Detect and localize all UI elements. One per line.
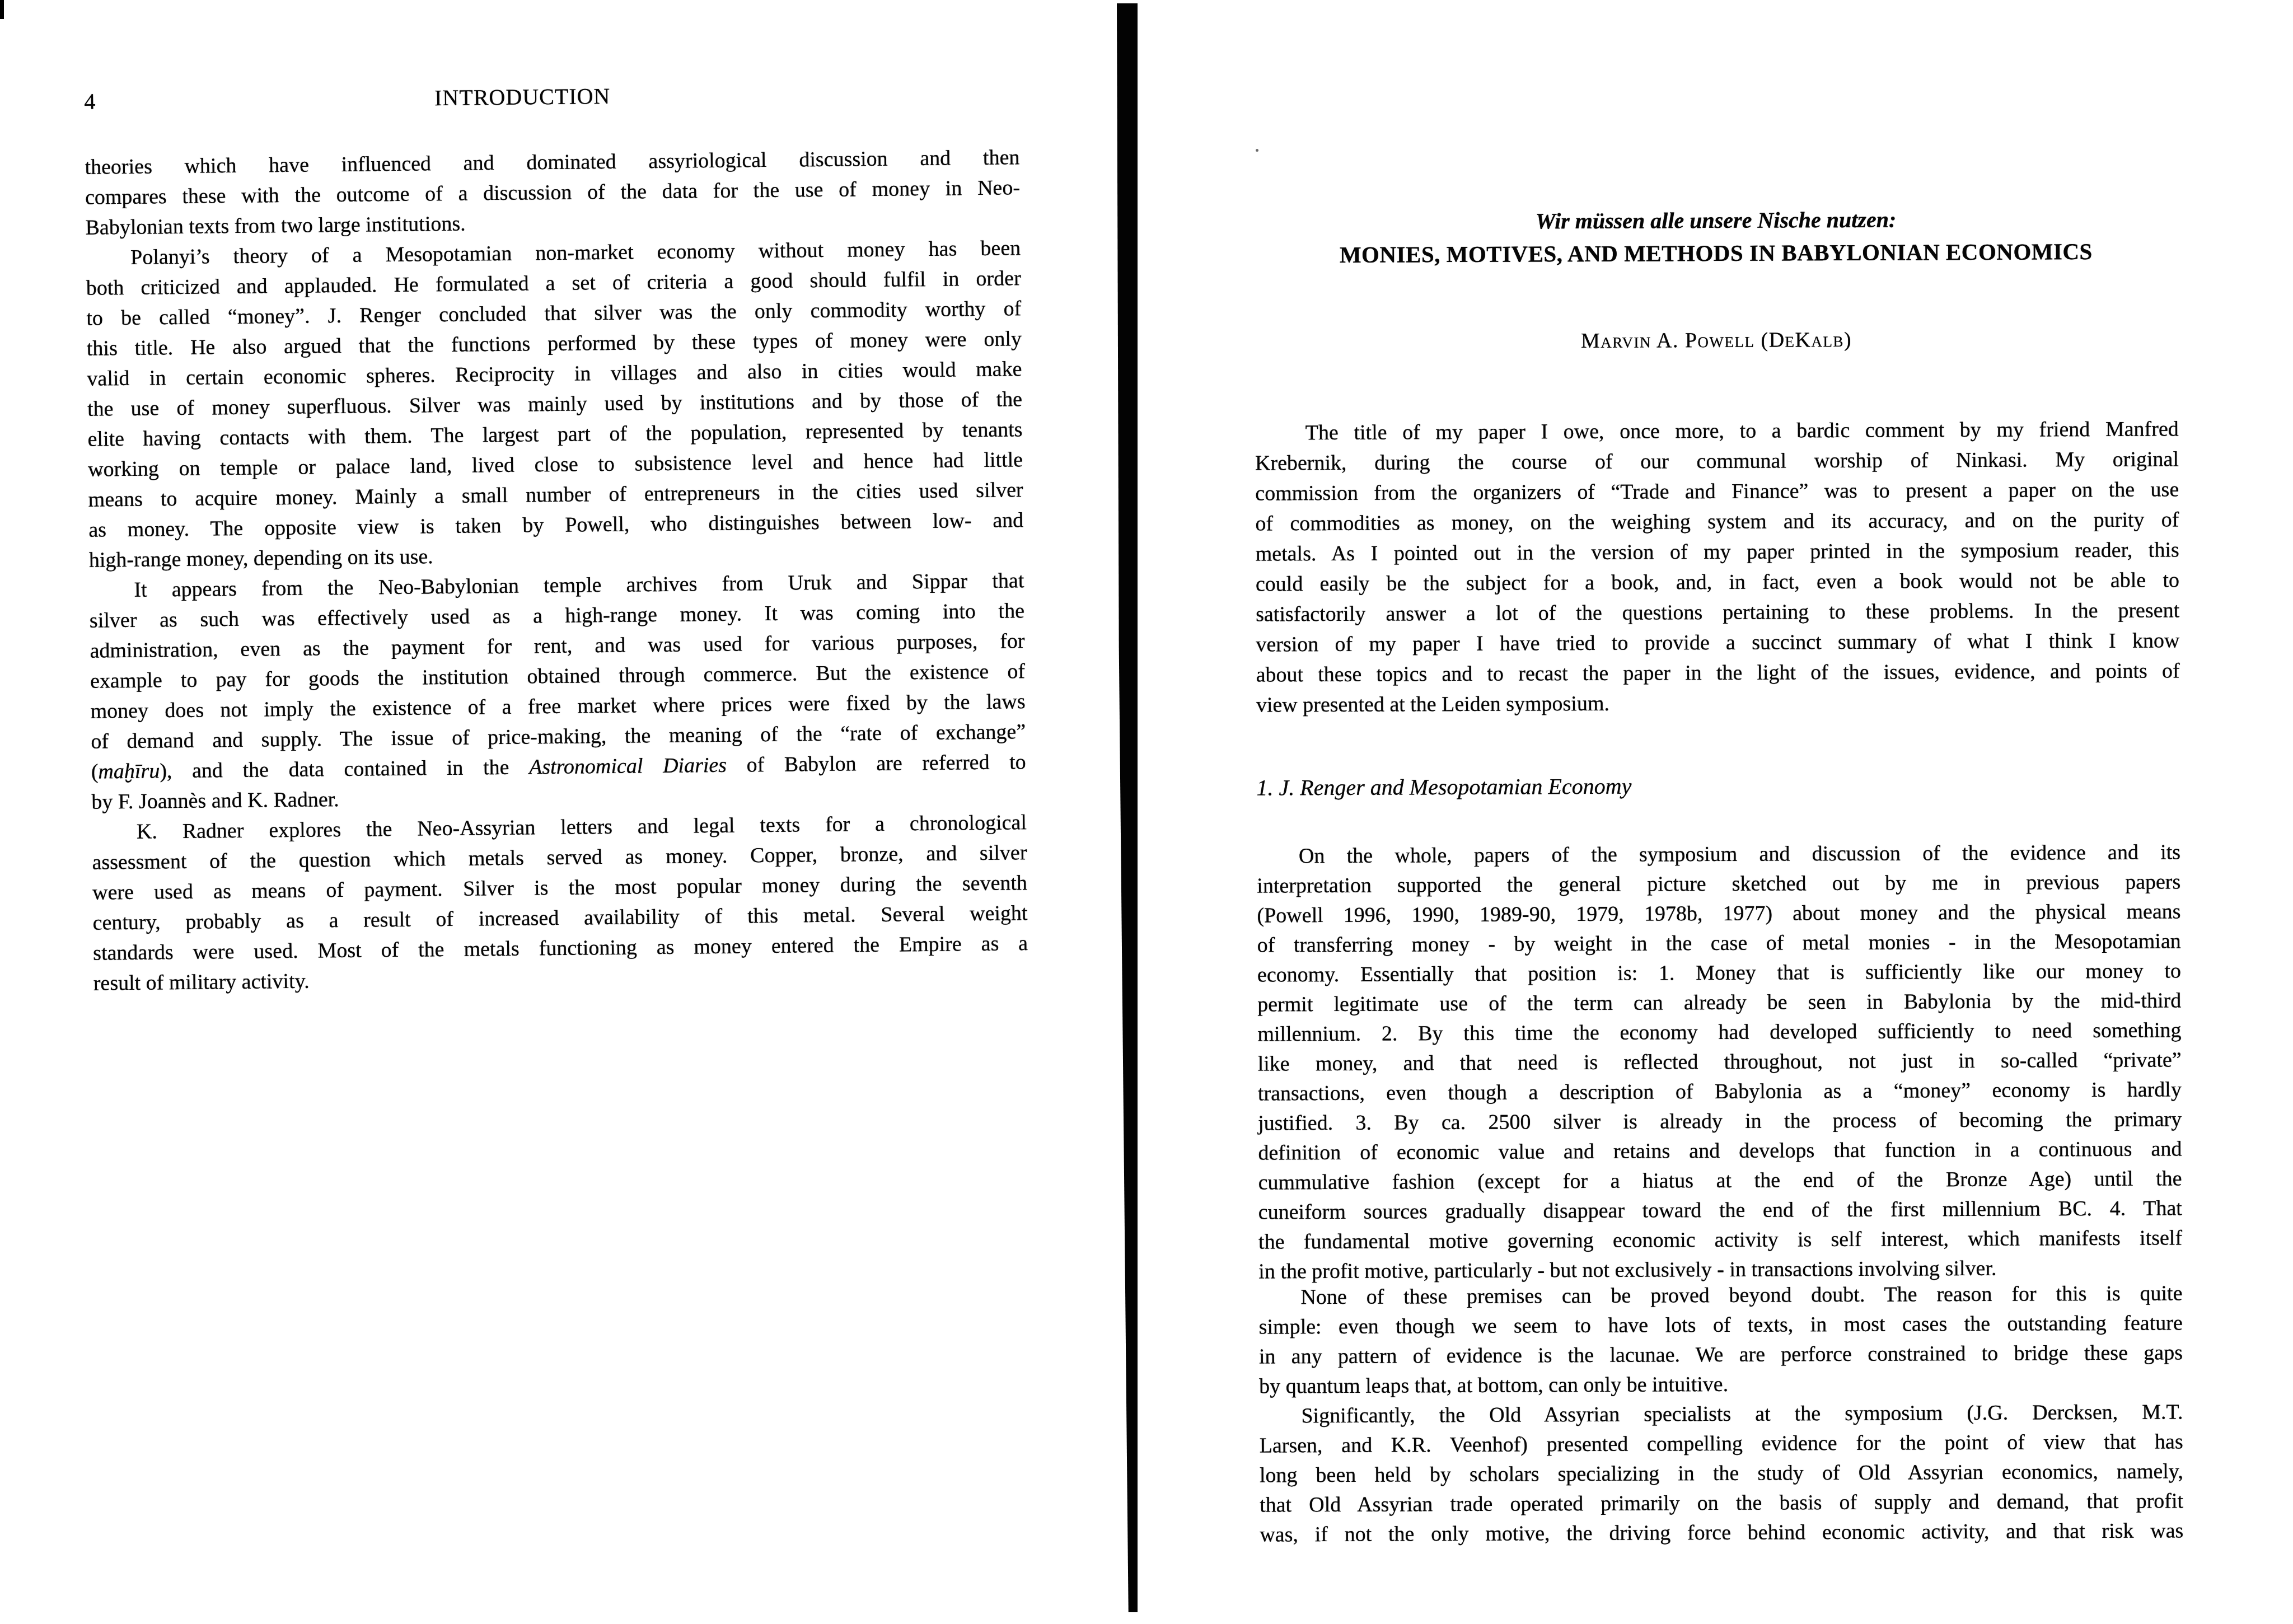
paragraph: The title of my paper I owe, once more, … <box>1255 414 2180 720</box>
text-line: Krebernik, during the course of our comm… <box>1255 444 2179 478</box>
text-line: of commodities as money, on the weighing… <box>1255 504 2179 539</box>
left-page-header: 4 INTRODUCTION <box>84 79 1019 152</box>
article-title: MONIES, MOTIVES, AND METHODS IN BABYLONI… <box>1254 237 2178 268</box>
paragraph: On the whole, papers of the symposium an… <box>1257 837 2182 1286</box>
text-line: view presented at the Leiden symposium. <box>1256 686 2180 720</box>
text-line: in any pattern of evidence is the lacuna… <box>1259 1338 2183 1372</box>
scan-corner-artifact <box>0 0 4 19</box>
book-spine-shadow <box>1117 3 1138 1612</box>
text-line: (Powell 1996, 1990, 1989-90, 1979, 1978b… <box>1257 897 2180 930</box>
text-line: None of these premises can be proved bey… <box>1258 1279 2182 1312</box>
paragraph: K. Radner explores the Neo-Assyrian lett… <box>92 807 1028 998</box>
text-line: by quantum leaps that, at bottom, can on… <box>1259 1368 2183 1401</box>
scan-noise-dot <box>1256 149 1258 152</box>
text-line: the fundamental motive governing economi… <box>1258 1223 2182 1257</box>
running-header: INTRODUCTION <box>55 79 990 115</box>
text-line: The title of my paper I owe, once more, … <box>1255 414 2179 448</box>
text-line: simple: even though we seem to have lots… <box>1259 1308 2183 1342</box>
left-page: 4 INTRODUCTION theories which have influ… <box>84 79 1029 1040</box>
scanned-book-spread: 4 INTRODUCTION theories which have influ… <box>0 0 2293 1624</box>
author-byline: Marvin A. Powell (DeKalb) <box>1255 326 2178 354</box>
text-line: metals. As I pointed out in the version … <box>1256 535 2179 569</box>
text-line: satisfactorily answer a lot of the quest… <box>1256 595 2179 629</box>
text-line: definition of economic value and retains… <box>1258 1134 2182 1168</box>
text-line: permit legitimate use of the term can al… <box>1257 986 2181 1019</box>
text-line: that Old Assyrian trade operated primari… <box>1260 1486 2183 1520</box>
text-line: version of my paper I have tried to prov… <box>1256 625 2179 659</box>
article-epigraph-title: Wir müssen alle unsere Nische nutzen: <box>1254 206 2178 235</box>
text-line: transactions, even though a description … <box>1258 1075 2182 1108</box>
text-line: cummulative fashion (except for a hiatus… <box>1258 1164 2182 1197</box>
paragraph: It appears from the Neo-Babylonian templ… <box>89 565 1026 817</box>
paragraph: None of these premises can be proved bey… <box>1258 1279 2183 1401</box>
text-line: cuneiform sources gradually disappear to… <box>1258 1194 2182 1227</box>
text-line: about these topics and to recast the pap… <box>1256 656 2180 690</box>
text-line: could easily be the subject for a book, … <box>1256 565 2179 599</box>
paragraph: Polanyi’s theory of a Mesopotamian non-m… <box>86 233 1024 575</box>
text-line: of transferring money - by weight in the… <box>1257 926 2181 960</box>
text-line: interpretation supported the general pic… <box>1257 867 2180 901</box>
text-line: commission from the organizers of “Trade… <box>1255 474 2179 508</box>
text-line: was, if not the only motive, the driving… <box>1260 1516 2183 1550</box>
text-line: justified. 3. By ca. 2500 silver is alre… <box>1258 1104 2182 1138</box>
text-line: Larsen, and K.R. Veenhof) presented comp… <box>1260 1427 2183 1461</box>
right-page: Wir müssen alle unsere Nische nutzen: MO… <box>1254 206 2184 1581</box>
paragraph-continuation: theories which have influenced and domin… <box>85 142 1021 242</box>
section-heading: 1. J. Renger and Mesopotamian Economy <box>1256 774 1631 801</box>
text-line: On the whole, papers of the symposium an… <box>1257 837 2180 871</box>
paragraph-continues-next-page: Significantly, the Old Assyrian speciali… <box>1259 1397 2183 1550</box>
text-line: long been held by scholars specializing … <box>1260 1457 2183 1490</box>
text-line: millennium. 2. By this time the economy … <box>1257 1015 2181 1049</box>
text-line: like money, and that need is reflected t… <box>1258 1045 2182 1079</box>
text-line: Significantly, the Old Assyrian speciali… <box>1259 1397 2183 1431</box>
text-line: economy. Essentially that position is: 1… <box>1257 956 2181 990</box>
